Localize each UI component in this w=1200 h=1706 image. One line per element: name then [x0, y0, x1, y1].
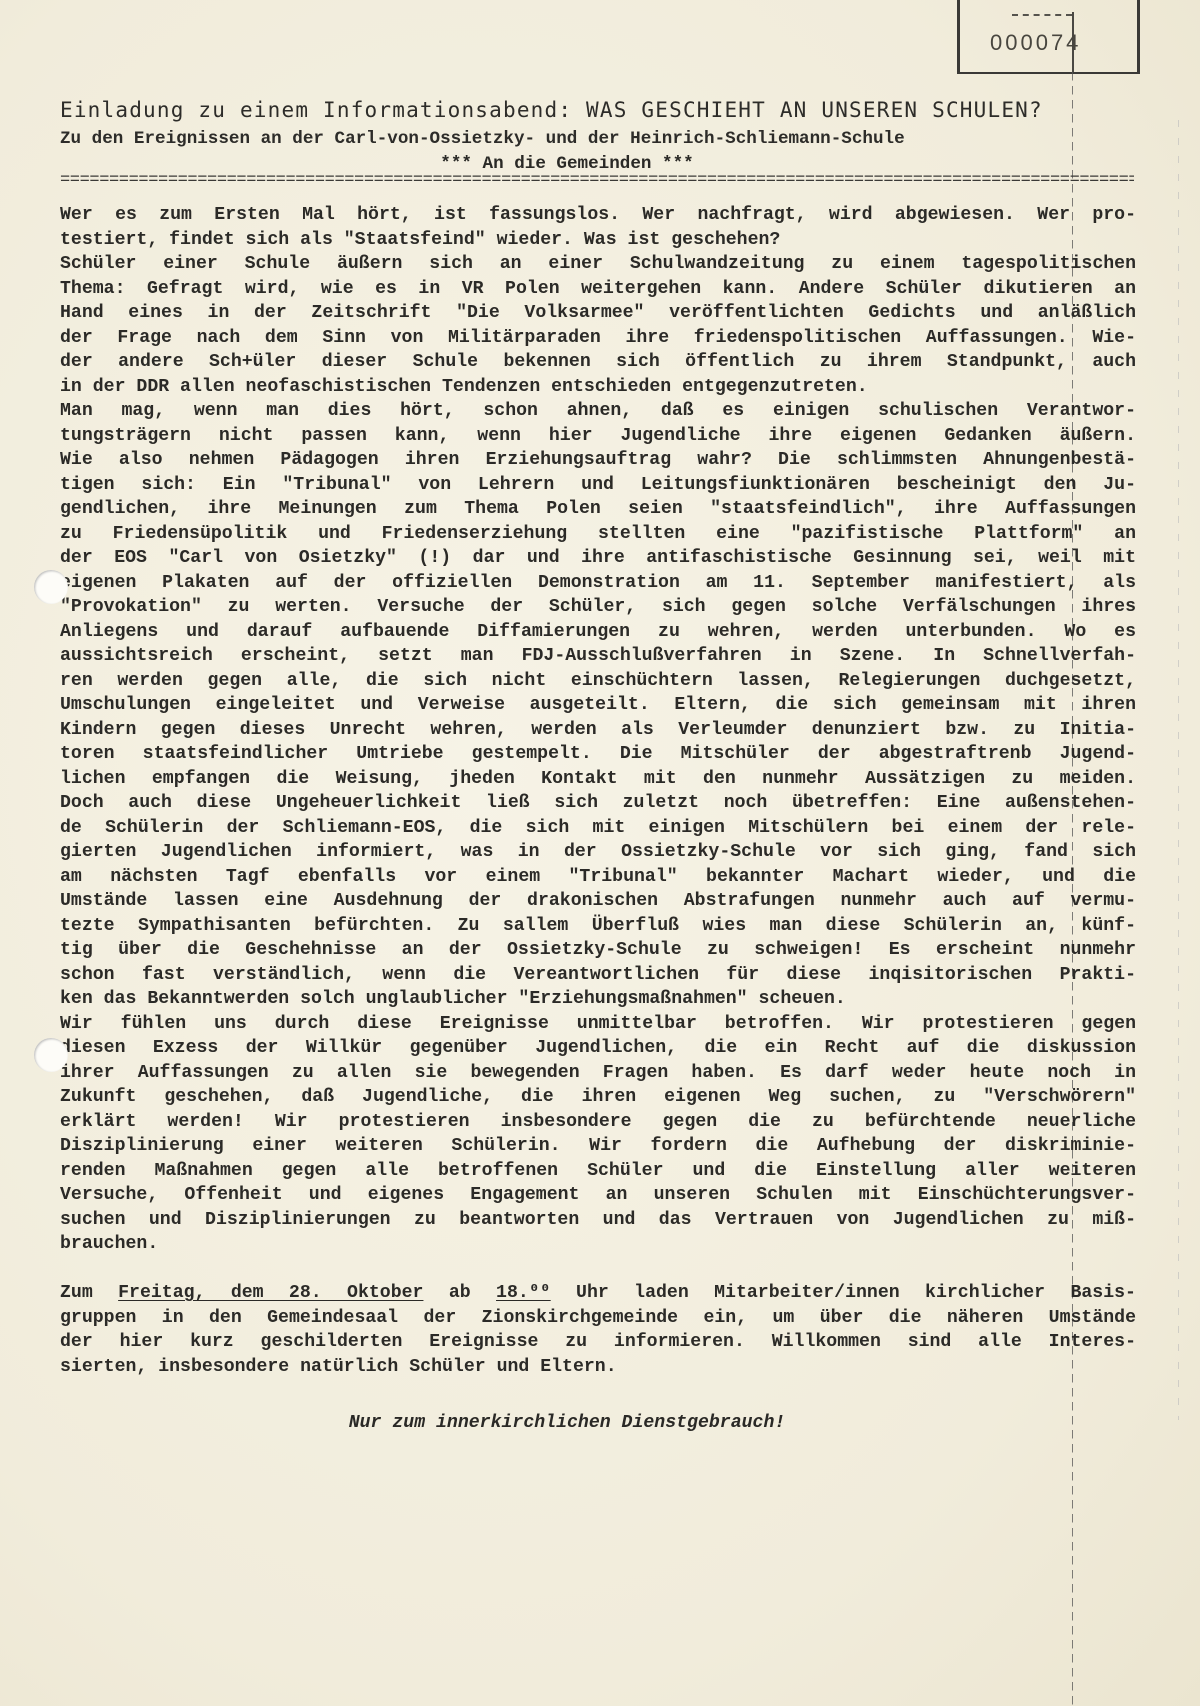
text-line: schon fast verständlich, wenn die Verean…: [60, 963, 1136, 988]
text-line: tigen sich: Ein "Tribunal" von Lehrern u…: [60, 473, 1136, 498]
usage-notice: Nur zum innerkirchlichen Dienstgebrauch!: [0, 1413, 1134, 1433]
paragraph-gap: [60, 1257, 1136, 1282]
document-title: Einladung zu einem Informationsabend: WA…: [60, 98, 1043, 122]
text-line: Kindern gegen dieses Unrecht wehren, wer…: [60, 718, 1136, 743]
text-line: erklärt werden! Wir protestieren insbeso…: [60, 1110, 1136, 1135]
text-line: in der DDR allen neofaschistischen Tende…: [60, 375, 1136, 400]
text-line: tungsträgern nicht passen kann, wenn hie…: [60, 424, 1136, 449]
text-line: der EOS "Carl von Osietzky" (!) dar und …: [60, 546, 1136, 571]
main-text: Wer es zum Ersten Mal hört, ist fassungs…: [60, 203, 1136, 1257]
text-line: ihrer Auffassungen zu allen sie bewegend…: [60, 1061, 1136, 1086]
text-line: aussichtsreich erscheint, setzt man FDJ-…: [60, 644, 1136, 669]
text-line: eigenen Plakaten auf der offiziellen Dem…: [60, 571, 1136, 596]
archive-page-number: 000074: [990, 30, 1081, 56]
text-line: Zukunft geschehen, daß Jugendliche, die …: [60, 1085, 1136, 1110]
invitation-line: gruppen in den Gemeindesaal der Zionskir…: [60, 1306, 1136, 1331]
invitation-line: der hier kurz geschilderten Ereignisse z…: [60, 1330, 1136, 1355]
punch-hole: [34, 1038, 68, 1072]
separator-rule: ========================================…: [60, 171, 1134, 190]
text-line: Doch auch diese Ungeheuerlichkeit ließ s…: [60, 791, 1136, 816]
event-time: 18.⁰⁰: [496, 1283, 551, 1303]
text-line: Man mag, wenn man dies hört, schon ahnen…: [60, 399, 1136, 424]
text-line: am nächsten Tagf ebenfalls vor einem "Tr…: [60, 865, 1136, 890]
invitation-first-line-rest: Uhr laden Mitarbeiter/innen kirchlicher …: [551, 1283, 1136, 1303]
text-line: Wir fühlen uns durch diese Ereignisse un…: [60, 1012, 1136, 1037]
text-line: Thema: Gefragt wird, wie es in VR Polen …: [60, 277, 1136, 302]
invitation-first-line: Zum Freitag, dem 28. Oktober ab 18.⁰⁰ Uh…: [60, 1281, 1136, 1306]
text-line: brauchen.: [60, 1232, 1136, 1257]
document-subtitle: Zu den Ereignissen an der Carl-von-Ossie…: [60, 129, 905, 149]
text-line: tig über die Geschehnisse an der Ossietz…: [60, 938, 1136, 963]
text-line: de Schülerin der Schliemann-EOS, die sic…: [60, 816, 1136, 841]
invitation-time-prefix: ab: [423, 1283, 496, 1303]
text-line: zu Friedensüpolitik und Friedenserziehun…: [60, 522, 1136, 547]
text-line: testiert, findet sich als "Staatsfeind" …: [60, 228, 1136, 253]
punch-hole: [34, 570, 68, 604]
text-line: Wer es zum Ersten Mal hört, ist fassungs…: [60, 203, 1136, 228]
text-line: Disziplinierung einer weiteren Schülerin…: [60, 1134, 1136, 1159]
text-line: Versuche, Offenheit und eigenes Engageme…: [60, 1183, 1136, 1208]
text-line: ren werden gegen alle, die sich nicht ei…: [60, 669, 1136, 694]
text-line: der andere Sch+üler dieser Schule bekenn…: [60, 350, 1136, 375]
text-line: diesen Exzess der Willkür gegenüber Juge…: [60, 1036, 1136, 1061]
invitation-lead: Zum: [60, 1283, 118, 1303]
text-line: gendlichen, ihre Meinungen zum Thema Pol…: [60, 497, 1136, 522]
document-body: Wer es zum Ersten Mal hört, ist fassungs…: [60, 203, 1136, 1379]
text-line: Umstände lassen eine Ausdehnung der drak…: [60, 889, 1136, 914]
invitation-text: Zum Freitag, dem 28. Oktober ab 18.⁰⁰ Uh…: [60, 1281, 1136, 1379]
text-line: ken das Bekanntwerden solch unglaubliche…: [60, 987, 1136, 1012]
text-line: Wie also nehmen Pädagogen ihren Erziehun…: [60, 448, 1136, 473]
text-line: Anliegens und darauf aufbauende Diffamie…: [60, 620, 1136, 645]
text-line: lichen empfangen die Weisung, jheden Kon…: [60, 767, 1136, 792]
text-line: "Provokation" zu werten. Versuche der Sc…: [60, 595, 1136, 620]
text-line: suchen und Disziplinierungen zu beantwor…: [60, 1208, 1136, 1233]
event-date: Freitag, dem 28. Oktober: [118, 1283, 423, 1303]
text-line: gierten Jugendlichen informiert, was in …: [60, 840, 1136, 865]
text-line: der Frage nach dem Sinn von Militärparad…: [60, 326, 1136, 351]
text-line: tezte Sympathisanten befürchten. Zu sall…: [60, 914, 1136, 939]
text-line: Hand eines in der Zeitschrift "Die Volks…: [60, 301, 1136, 326]
text-line: Schüler einer Schule äußern sich an eine…: [60, 252, 1136, 277]
invitation-line: sierten, insbesondere natürlich Schüler …: [60, 1355, 1136, 1380]
text-line: toren staatsfeindlicher Umtriebe gestemp…: [60, 742, 1136, 767]
page-edge-mark: [1178, 120, 1179, 1420]
text-line: Umschulungen eingeleitet und Verweise au…: [60, 693, 1136, 718]
text-line: renden Maßnahmen gegen alle betroffenen …: [60, 1159, 1136, 1184]
archive-stamp-top: [1012, 0, 1072, 16]
